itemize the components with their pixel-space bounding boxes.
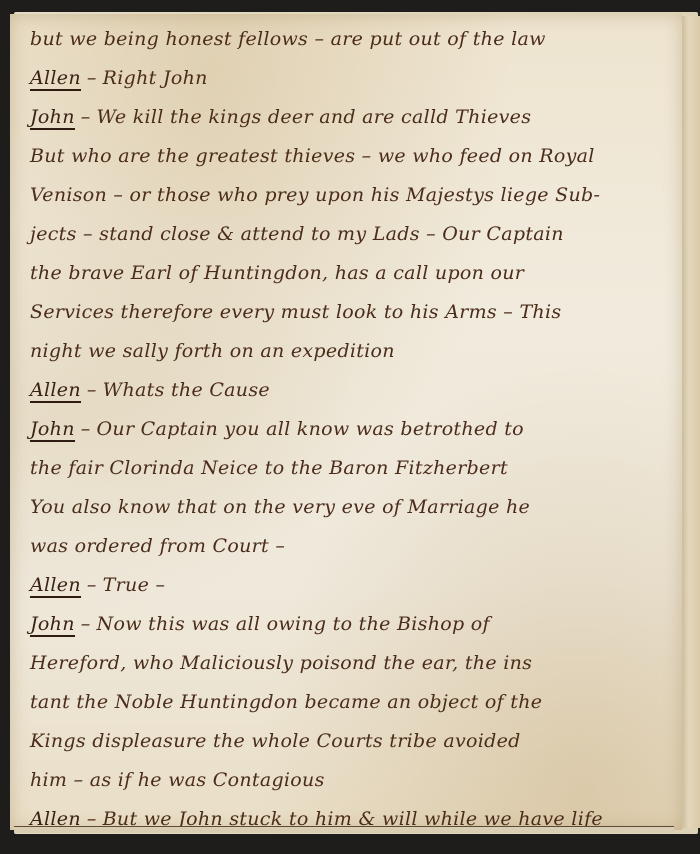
speaker-name: Allen (30, 379, 81, 403)
dash: – (81, 106, 91, 128)
line-text: the brave Earl of Huntingdon, has a call… (30, 262, 524, 284)
text-line: him – as if he was Contagious (30, 761, 680, 800)
text-line: Kings displeasure the whole Courts tribe… (30, 722, 680, 761)
text-line: Services therefore every must look to hi… (30, 293, 680, 332)
text-line: But who are the greatest thieves – we wh… (30, 137, 680, 176)
dash: – (87, 574, 97, 596)
text-line: jects – stand close & attend to my Lads … (30, 215, 680, 254)
page-edge (680, 16, 700, 828)
line-text: But who are the greatest thieves – we wh… (30, 145, 595, 167)
line-text: You also know that on the very eve of Ma… (30, 496, 530, 518)
line-text: was ordered from Court – (30, 535, 285, 557)
text-line: John–We kill the kings deer and are call… (30, 98, 680, 137)
line-text: Hereford, who Maliciously poisond the ea… (30, 652, 532, 674)
speaker-name: John (30, 418, 75, 442)
dash: – (87, 67, 97, 89)
line-text: Services therefore every must look to hi… (30, 301, 561, 323)
line-text: Right John (103, 67, 208, 89)
line-text: Now this was all owing to the Bishop of (97, 613, 490, 635)
text-line: John–Now this was all owing to the Bisho… (30, 605, 680, 644)
text-line: the fair Clorinda Neice to the Baron Fit… (30, 449, 680, 488)
text-line: Allen–Right John (30, 59, 680, 98)
text-line: Allen–True – (30, 566, 680, 605)
text-line: You also know that on the very eve of Ma… (30, 488, 680, 527)
text-line: was ordered from Court – (30, 527, 680, 566)
line-text: Kings displeasure the whole Courts tribe… (30, 730, 521, 752)
manuscript-page: but we being honest fellows – are put ou… (10, 14, 682, 830)
page-bottom-edge (14, 826, 674, 833)
dash: – (81, 613, 91, 635)
manuscript-text: but we being honest fellows – are put ou… (30, 20, 680, 839)
text-line: the brave Earl of Huntingdon, has a call… (30, 254, 680, 293)
text-line: tant the Noble Huntingdon became an obje… (30, 683, 680, 722)
line-text: Whats the Cause (103, 379, 270, 401)
speaker-name: Allen (30, 574, 81, 598)
line-text: tant the Noble Huntingdon became an obje… (30, 691, 542, 713)
speaker-name: John (30, 106, 75, 130)
line-text: night we sally forth on an expedition (30, 340, 395, 362)
line-text: him – as if he was Contagious (30, 769, 325, 791)
text-line: Allen–Whats the Cause (30, 371, 680, 410)
line-text: but we being honest fellows – are put ou… (30, 28, 546, 50)
text-line: Hereford, who Maliciously poisond the ea… (30, 644, 680, 683)
line-text: jects – stand close & attend to my Lads … (30, 223, 564, 245)
text-line: night we sally forth on an expedition (30, 332, 680, 371)
line-text: Venison – or those who prey upon his Maj… (30, 184, 600, 206)
text-line: but we being honest fellows – are put ou… (30, 20, 680, 59)
speaker-name: Allen (30, 67, 81, 91)
speaker-name: John (30, 613, 75, 637)
line-text: Our Captain you all know was betrothed t… (97, 418, 524, 440)
line-text: We kill the kings deer and are calld Thi… (97, 106, 532, 128)
text-line: John–Our Captain you all know was betrot… (30, 410, 680, 449)
text-line: Allen–But we John stuck to him & will wh… (30, 800, 680, 839)
line-text: True – (103, 574, 166, 596)
dash: – (87, 379, 97, 401)
line-text: the fair Clorinda Neice to the Baron Fit… (30, 457, 508, 479)
text-line: Venison – or those who prey upon his Maj… (30, 176, 680, 215)
dash: – (81, 418, 91, 440)
